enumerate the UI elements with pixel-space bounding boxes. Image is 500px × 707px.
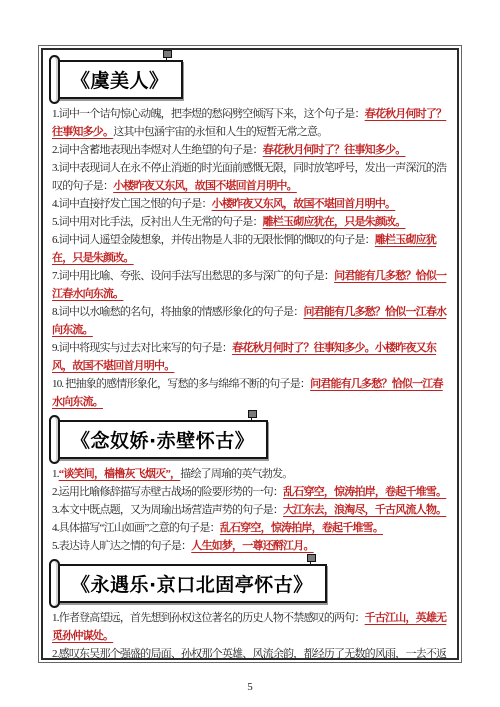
- question-item: 2.感叹东吴那个强盛的局面、孙权那个英雄、风流余韵，都经历了无数的风雨，一去不返…: [52, 645, 449, 660]
- sections-container: 《虞美人》1.词中一个诘句惊心动魄，把李煜的愁闷劈空倾泻下来，这个句子是：春花秋…: [49, 53, 451, 660]
- question-item: 9.词中将现实与过去对比来写的句子是：春花秋月何时了？往事知多少。小楼昨夜又东风…: [52, 339, 449, 375]
- document-page: 《虞美人》1.词中一个诘句惊心动魄，把李煜的愁闷劈空倾泻下来，这个句子是：春花秋…: [0, 0, 500, 707]
- question-text: 4.词中直接抒发亡国之恨的句子是：: [52, 198, 212, 210]
- question-text: 6.词中词人遥望金陵想象，并传出物是人非的无限怅惘的慨叹的句子是：: [52, 234, 375, 246]
- question-text: 3.本文中既点题，又为周瑜出场营造声势的句子是：: [52, 504, 283, 516]
- question-item: 6.词中词人遥望金陵想象，并传出物是人非的无限怅惘的慨叹的句子是：雕栏玉砌应犹在…: [52, 231, 449, 267]
- question-item: 5.表达诗人旷达之情的句子是：人生如梦，一尊还酹江月。: [52, 537, 449, 555]
- scroll-tab-icon: [248, 410, 257, 418]
- section-1: 《虞美人》1.词中一个诘句惊心动魄，把李煜的愁闷劈空倾泻下来，这个句子是：春花秋…: [49, 53, 451, 413]
- question-list: 1.作者登高望远，首先想到孙权这位著名的历史人物不禁感叹的两句：千古江山，英雄无…: [49, 609, 451, 660]
- question-item: 1.词中一个诘句惊心动魄，把李煜的愁闷劈空倾泻下来，这个句子是：春花秋月何时了？…: [52, 105, 449, 141]
- question-item: 4.具体描写“江山如画”之意的句子是：乱石穿空，惊涛拍岸，卷起千堆雪。: [52, 519, 449, 537]
- question-item: 2.词中含蓄地表现出李煜对人生绝望的句子是：春花秋月何时了？往事知多少。: [52, 141, 449, 159]
- section-banner: 《虞美人》: [57, 60, 183, 99]
- question-text: 7.词中用比喻、夸张、设问手法写出愁思的多与深广的句子是：: [52, 270, 334, 282]
- section-title: 《永遇乐·京口北固亭怀古》: [57, 564, 327, 603]
- frame-inner: 《虞美人》1.词中一个诘句惊心动魄，把李煜的愁闷劈空倾泻下来，这个句子是：春花秋…: [41, 48, 459, 660]
- question-item: 1.作者登高望远，首先想到孙权这位著名的历史人物不禁感叹的两句：千古江山，英雄无…: [52, 609, 449, 645]
- question-text: 这其中包涵宇宙的永恒和人生的短暂无常之意。: [113, 126, 327, 138]
- scroll-roll-icon: [49, 559, 60, 608]
- question-text: 2.感叹东吴那个强盛的局面、孙权那个英雄、风流余韵，都经历了无数的风雨，一去不返…: [52, 648, 446, 660]
- question-list: 1.词中一个诘句惊心动魄，把李煜的愁闷劈空倾泻下来，这个句子是：春花秋月何时了？…: [49, 105, 451, 413]
- scroll-tab-icon: [307, 554, 316, 562]
- section-title: 《念奴娇·赤壁怀古》: [57, 420, 268, 459]
- answer-text: 小楼昨夜又东风，故国不堪回首月明中。: [113, 180, 297, 192]
- question-text: 8.词中以水喻愁的名句，将抽象的情感形象化的句子是：: [52, 306, 303, 318]
- question-item: 2.运用比喻修辞描写赤壁古战场的险要形势的一句：乱石穿空，惊涛拍岸，卷起千堆雪。: [52, 483, 449, 501]
- question-item: 3.词中表现词人在永不停止消逝的时光面前感慨无限，同时放笔呼号，发出一声深沉的浩…: [52, 159, 449, 195]
- question-text: 9.词中将现实与过去对比来写的句子是：: [52, 342, 232, 354]
- answer-text: 小楼昨夜又东风，故国不堪回首月明中。: [212, 198, 396, 210]
- page-number: 5: [0, 681, 500, 693]
- question-text: 4.具体描写“江山如画”之意的句子是：: [52, 522, 220, 534]
- section-banner: 《永遇乐·京口北固亭怀古》: [57, 564, 327, 603]
- question-text: 1.词中一个诘句惊心动魄，把李煜的愁闷劈空倾泻下来，这个句子是：: [52, 108, 365, 120]
- answer-text: 春花秋月何时了？往事知多少。: [263, 144, 406, 156]
- question-text: 1.作者登高望远，首先想到孙权这位著名的历史人物不禁感叹的两句：: [52, 612, 365, 624]
- section-title: 《虞美人》: [57, 60, 183, 99]
- question-item: 3.本文中既点题，又为周瑜出场营造声势的句子是：大江东去，浪淘尽，千古风流人物。: [52, 501, 449, 519]
- question-text: 2.运用比喻修辞描写赤壁古战场的险要形势的一句：: [52, 486, 283, 498]
- question-text: 10. 把抽象的感情形象化，写愁的多与绵绵不断的句子是：: [52, 378, 310, 390]
- answer-text: “谈笑间，樯橹灰飞烟灭”，: [59, 468, 181, 480]
- question-item: 1.“谈笑间，樯橹灰飞烟灭”，描绘了周瑜的英气勃发。: [52, 465, 449, 483]
- question-text: 描绘了周瑜的英气勃发。: [180, 468, 292, 480]
- answer-text: 乱石穿空，惊涛拍岸，卷起千堆雪。: [220, 522, 383, 534]
- question-text: 1.: [52, 468, 59, 480]
- question-text: 5.表达诗人旷达之情的句子是：: [52, 540, 191, 552]
- question-list: 1.“谈笑间，樯橹灰飞烟灭”，描绘了周瑜的英气勃发。2.运用比喻修辞描写赤壁古战…: [49, 465, 451, 557]
- question-item: 5.词中用对比手法，反衬出人生无常的句子是：雕栏玉砌应犹在，只是朱颜改。: [52, 213, 449, 231]
- question-text: 2.词中含蓄地表现出李煜对人生绝望的句子是：: [52, 144, 263, 156]
- scroll-roll-icon: [49, 415, 60, 464]
- question-item: 8.词中以水喻愁的名句，将抽象的情感形象化的句子是：问君能有几多愁？恰似一江春水…: [52, 303, 449, 339]
- scroll-tab-icon: [163, 50, 172, 58]
- page-frame: 《虞美人》1.词中一个诘句惊心动魄，把李煜的愁闷劈空倾泻下来，这个句子是：春花秋…: [38, 45, 462, 663]
- section-banner: 《念奴娇·赤壁怀古》: [57, 420, 268, 459]
- answer-text: 雕栏玉砌应犹在，只是朱颜改。: [263, 216, 406, 228]
- answer-text: 人生如梦，一尊还酹江月。: [191, 540, 313, 552]
- question-text: 5.词中用对比手法，反衬出人生无常的句子是：: [52, 216, 263, 228]
- answer-text: 乱石穿空，惊涛拍岸，卷起千堆雪。: [283, 486, 446, 498]
- question-item: 7.词中用比喻、夸张、设问手法写出愁思的多与深广的句子是：问君能有几多愁？恰似一…: [52, 267, 449, 303]
- section-2: 《念奴娇·赤壁怀古》1.“谈笑间，樯橹灰飞烟灭”，描绘了周瑜的英气勃发。2.运用…: [49, 413, 451, 557]
- question-item: 4.词中直接抒发亡国之恨的句子是：小楼昨夜又东风，故国不堪回首月明中。: [52, 195, 449, 213]
- answer-text: 大江东去，浪淘尽，千古风流人物。: [283, 504, 446, 516]
- scroll-roll-icon: [49, 55, 60, 104]
- question-item: 10. 把抽象的感情形象化，写愁的多与绵绵不断的句子是：问君能有几多愁？恰似一江…: [52, 375, 449, 411]
- section-3: 《永遇乐·京口北固亭怀古》1.作者登高望远，首先想到孙权这位著名的历史人物不禁感…: [49, 557, 451, 660]
